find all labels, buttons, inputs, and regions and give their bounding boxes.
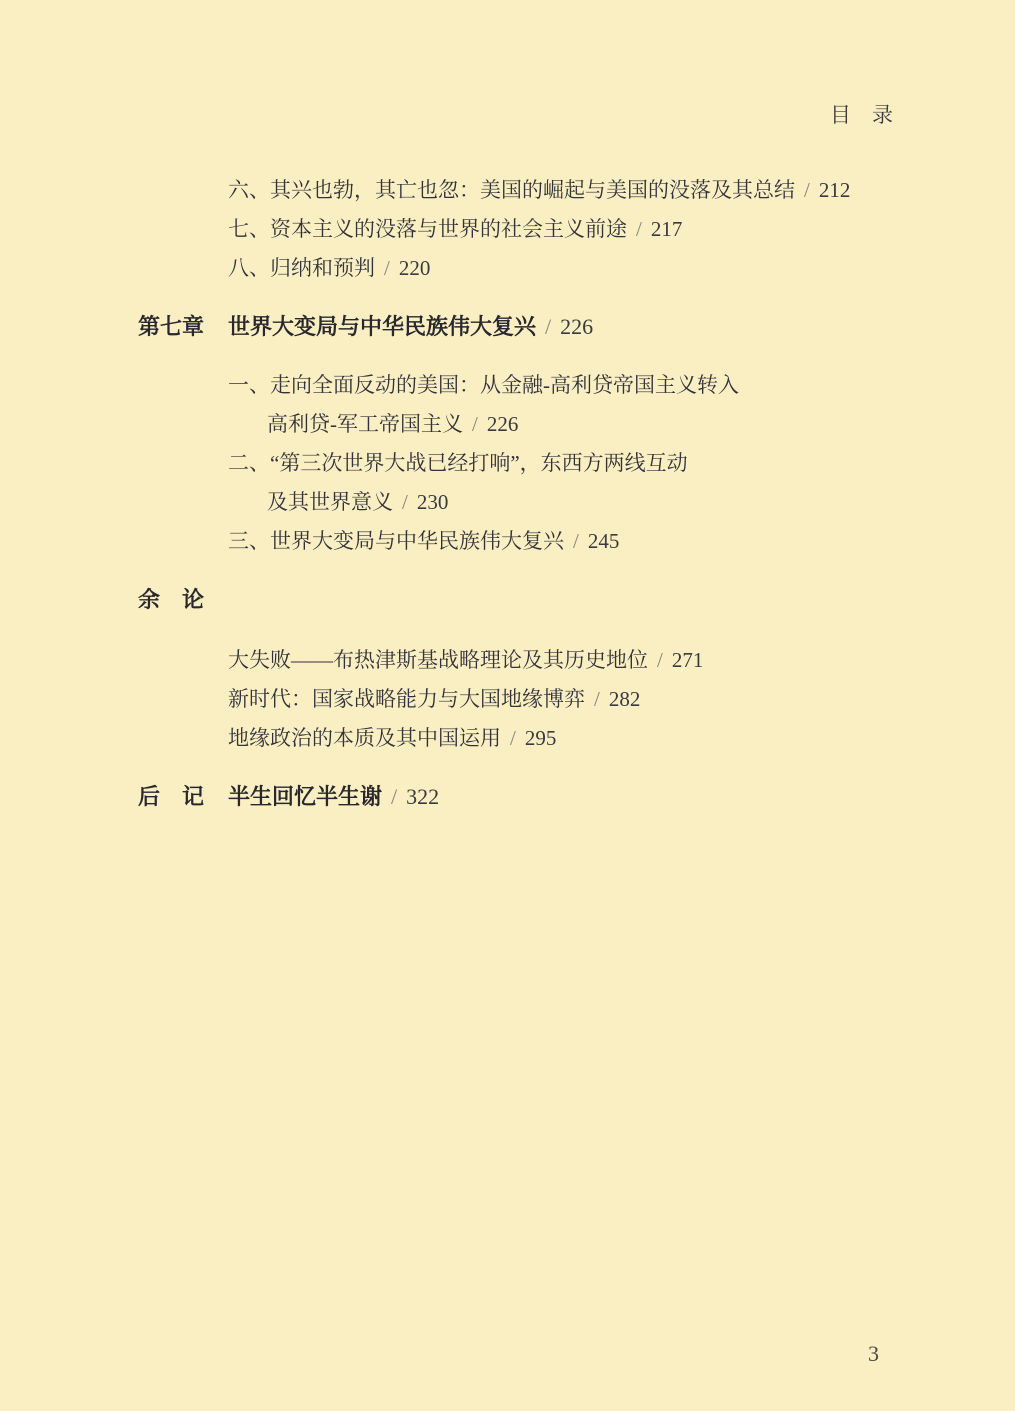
toc-chapter-entry: 后 记半生回忆半生谢/322 [0,776,1015,818]
toc-entry-continuation: 高利贷-军工帝国主义/226 [0,405,1015,444]
toc-entry: 新时代：国家战略能力与大国地缘博弈/282 [0,680,1015,719]
page-number: 3 [868,1341,879,1367]
page-separator: / [657,648,663,672]
toc-entry: 三、世界大变局与中华民族伟大复兴/245 [0,522,1015,561]
toc-entry: 八、归纳和预判/220 [0,249,1015,288]
page-separator: / [391,784,397,809]
toc-entry: 六、其兴也勃，其亡也忽：美国的崛起与美国的没落及其总结/212 [0,171,1015,210]
toc-entry-title: 高利贷-军工帝国主义 [267,412,463,436]
toc-entry-title: 一、走向全面反动的美国：从金融-高利贷帝国主义转入 [228,373,739,397]
page-separator: / [804,178,810,202]
chapter-label: 第七章 [138,306,228,348]
page-separator: / [636,217,642,241]
toc-list: 六、其兴也勃，其亡也忽：美国的崛起与美国的没落及其总结/212 七、资本主义的没… [0,171,1015,836]
toc-entry-title: 八、归纳和预判 [228,256,375,280]
toc-entry-page: 282 [609,687,641,711]
toc-entry-page: 212 [819,178,851,202]
page-separator: / [573,529,579,553]
toc-entry-title: 新时代：国家战略能力与大国地缘博弈 [228,687,585,711]
part-label: 余 论 [138,579,228,621]
toc-entry-page: 217 [651,217,683,241]
toc-entry: 二、“第三次世界大战已经打响”，东西方两线互动 [0,444,1015,483]
toc-entry-title: 世界大变局与中华民族伟大复兴 [228,314,536,339]
toc-entry-page: 295 [525,726,557,750]
page-separator: / [472,412,478,436]
chapter-label: 后 记 [138,776,228,818]
page-separator: / [510,726,516,750]
toc-entry-title: 三、世界大变局与中华民族伟大复兴 [228,529,564,553]
toc-entry: 大失败——布热津斯基战略理论及其历史地位/271 [0,641,1015,680]
toc-part-entry: 余 论 [0,579,1015,621]
toc-entry-page: 220 [399,256,431,280]
toc-entry-title: 及其世界意义 [267,490,393,514]
toc-entry-page: 226 [487,412,519,436]
toc-entry-title: 大失败——布热津斯基战略理论及其历史地位 [228,648,648,672]
toc-entry-title: 二、“第三次世界大战已经打响”，东西方两线互动 [228,451,688,475]
toc-entry-page: 271 [672,648,704,672]
toc-entry-page: 322 [406,784,439,809]
toc-entry: 一、走向全面反动的美国：从金融-高利贷帝国主义转入 [0,366,1015,405]
toc-page: 目 录 六、其兴也勃，其亡也忽：美国的崛起与美国的没落及其总结/212 七、资本… [0,0,1015,1411]
toc-entry-continuation: 及其世界意义/230 [0,483,1015,522]
page-separator: / [545,314,551,339]
toc-entry-title: 七、资本主义的没落与世界的社会主义前途 [228,217,627,241]
page-separator: / [594,687,600,711]
toc-chapter-entry: 第七章世界大变局与中华民族伟大复兴/226 [0,306,1015,348]
page-separator: / [384,256,390,280]
toc-entry: 七、资本主义的没落与世界的社会主义前途/217 [0,210,1015,249]
toc-entry-title: 地缘政治的本质及其中国运用 [228,726,501,750]
toc-entry-page: 245 [588,529,620,553]
page-header-title: 目 录 [830,99,893,129]
page-separator: / [402,490,408,514]
toc-entry-page: 230 [417,490,449,514]
toc-entry-title: 半生回忆半生谢 [228,784,382,809]
toc-entry-title: 六、其兴也勃，其亡也忽：美国的崛起与美国的没落及其总结 [228,178,795,202]
toc-entry-page: 226 [560,314,593,339]
toc-entry: 地缘政治的本质及其中国运用/295 [0,719,1015,758]
